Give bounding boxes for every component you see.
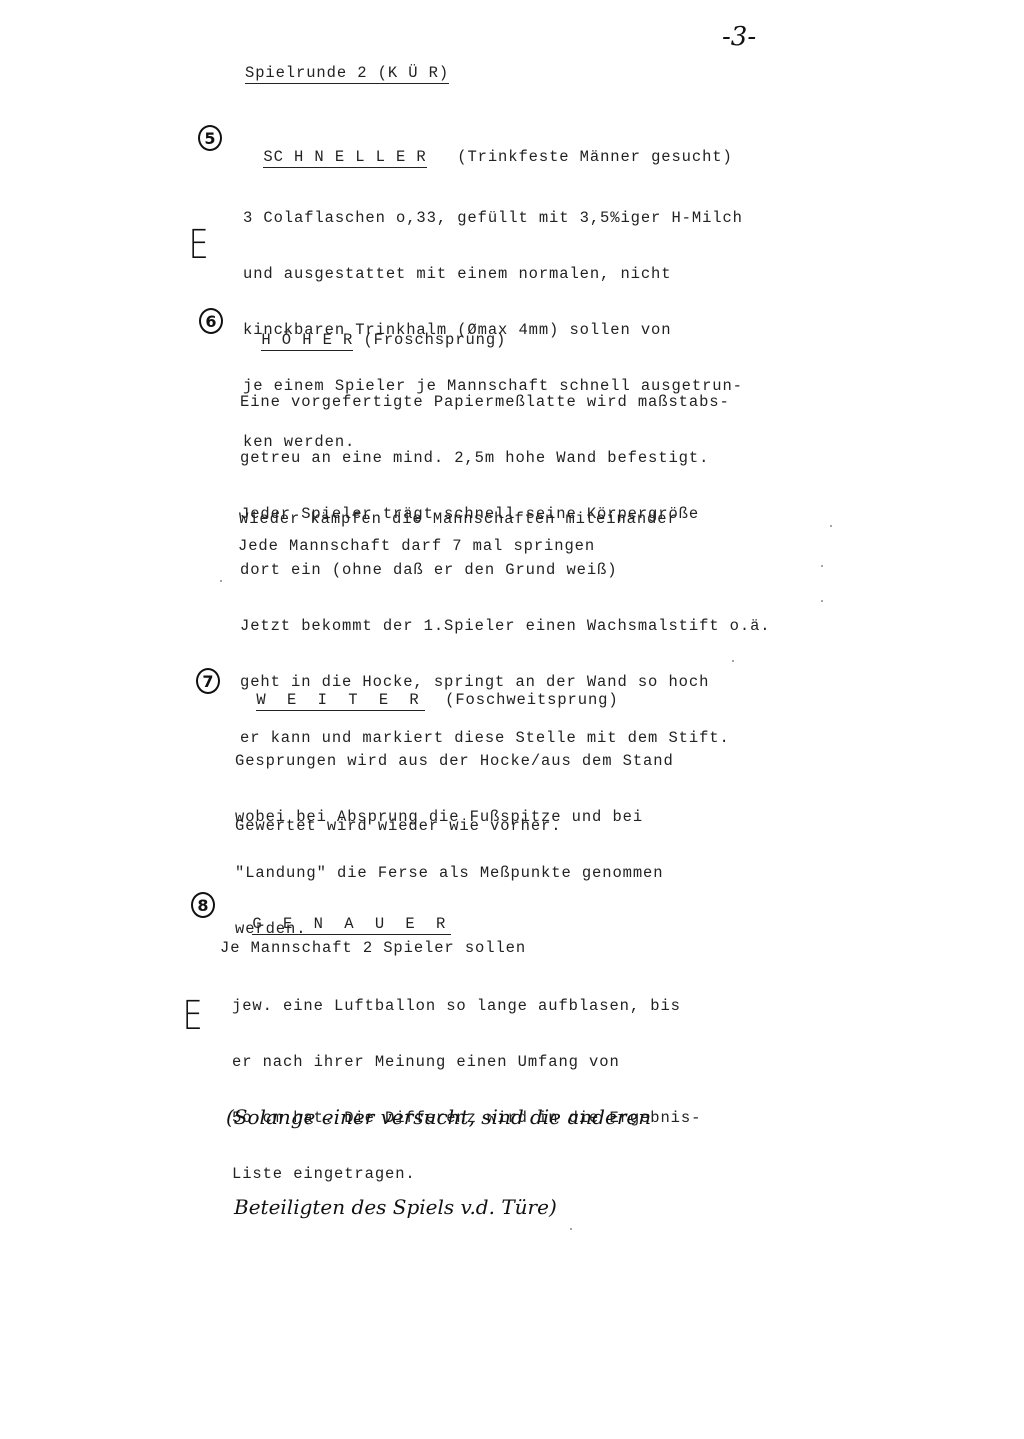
section-title: SC H N E L L E R xyxy=(263,148,426,168)
page-heading: Spielrunde 2 (K Ü R) xyxy=(245,64,449,84)
body-line: Gewertet wird wieder wie vorher. xyxy=(235,817,561,835)
section-header: SC H N E L L E R (Trinkfeste Männer gesu… xyxy=(243,130,733,166)
body-line: 3 Colaflaschen o,33, gefüllt mit 3,5%ige… xyxy=(243,208,743,228)
section-title: H Ö H E R xyxy=(261,331,353,351)
body-line: Je Mannschaft 2 Spieler sollen xyxy=(220,939,526,957)
section-title: W E I T E R xyxy=(256,691,424,711)
section-subtitle: (Trinkfeste Männer gesucht) xyxy=(457,148,732,166)
scan-speck xyxy=(821,565,823,567)
page-number: -3- xyxy=(722,22,756,52)
scan-speck xyxy=(570,1228,572,1230)
section-number-circle: 7 xyxy=(196,668,220,694)
section-number: 6 xyxy=(205,312,216,331)
section-subtitle: (Froschsprung) xyxy=(363,331,506,349)
section-header: H Ö H E R (Froschsprung) xyxy=(241,313,506,349)
section-number-circle: 6 xyxy=(199,308,223,334)
section-number-circle: 5 xyxy=(198,125,222,151)
handwritten-note: (Solange einer versucht, sind die andere… xyxy=(226,1042,651,1252)
body-line: Jede Mannschaft darf 7 mal springen xyxy=(238,537,595,555)
body-line: Wieder kämpfen die Mannschaften miteinan… xyxy=(239,510,678,528)
section-number-circle: 8 xyxy=(191,892,215,918)
section-title: G E N A U E R xyxy=(252,915,451,935)
scan-speck xyxy=(220,580,222,582)
scan-speck xyxy=(821,600,823,602)
margin-mark-e: E xyxy=(183,993,203,1039)
section-subtitle: (Foschweitsprung) xyxy=(445,691,618,709)
body-line: Eine vorgefertigte Papiermeßlatte wird m… xyxy=(240,392,770,412)
body-line: Gesprungen wird aus der Hocke/aus dem St… xyxy=(235,751,674,771)
body-line: Jetzt bekommt der 1.Spieler einen Wachsm… xyxy=(240,616,770,636)
body-line: jew. eine Luftballon so lange aufblasen,… xyxy=(232,996,701,1016)
section-number: 5 xyxy=(204,129,215,148)
scan-speck xyxy=(732,660,734,662)
section-header: G E N A U E R xyxy=(232,897,451,933)
section-number: 8 xyxy=(197,896,208,915)
body-line: "Landung" die Ferse als Meßpunkte genomm… xyxy=(235,863,674,883)
handwritten-line: Beteiligten des Spiels v.d. Türe) xyxy=(234,1192,651,1222)
body-line: dort ein (ohne daß er den Grund weiß) xyxy=(240,560,770,580)
section-number: 7 xyxy=(202,672,213,691)
section-header: W E I T E R (Foschweitsprung) xyxy=(236,673,619,709)
scan-speck xyxy=(830,525,832,527)
handwritten-line: (Solange einer versucht, sind die andere… xyxy=(226,1102,651,1132)
margin-mark-e: E xyxy=(189,222,209,268)
body-line: getreu an eine mind. 2,5m hohe Wand befe… xyxy=(240,448,770,468)
body-line: und ausgestattet mit einem normalen, nic… xyxy=(243,264,743,284)
